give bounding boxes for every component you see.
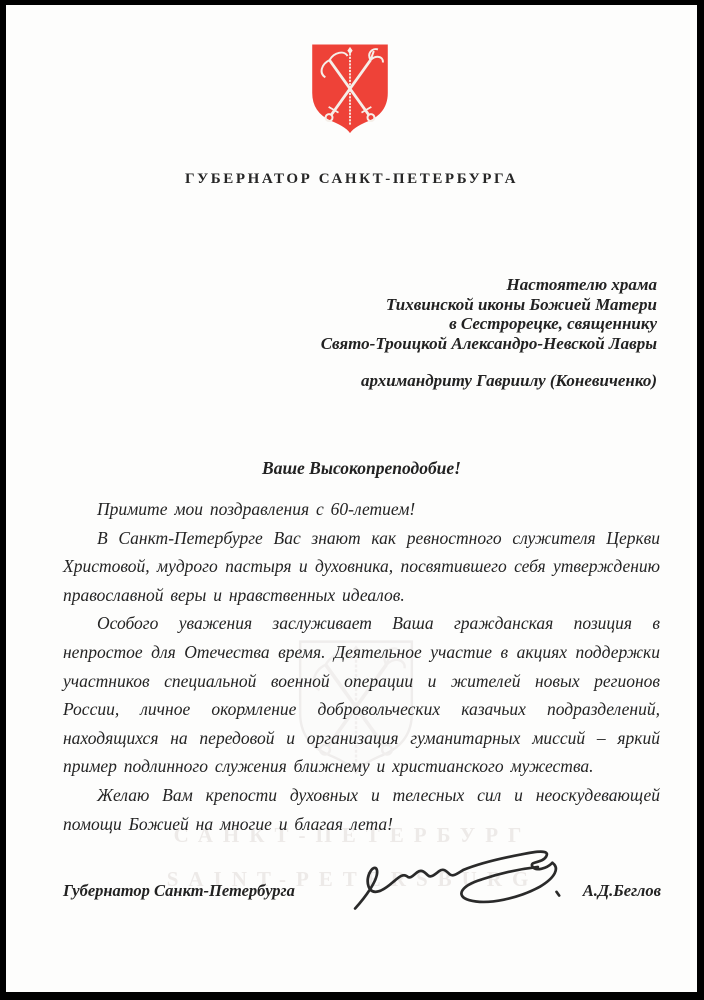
coat-of-arms-icon [308,42,392,134]
scanned-letter: САНКТ-ПЕТЕРБУРГ SAINT-PETERSBURG ГУБЕРНА… [0,0,704,1000]
recipient-line: Настоятелю храма [321,275,657,295]
letter-page: САНКТ-ПЕТЕРБУРГ SAINT-PETERSBURG ГУБЕРНА… [6,5,697,992]
governor-signature [352,843,596,921]
recipient-line: в Сестрорецке, священнику [321,314,657,334]
signature-name: А.Д.Беглов [583,881,661,901]
letter-body: Примите мои поздравления с 60-летием! В … [63,495,660,838]
paragraph-congratulation: Примите мои поздравления с 60-летием! [63,495,660,524]
letterhead-title: ГУБЕРНАТОР САНКТ-ПЕТЕРБУРГА [6,171,697,188]
paragraph-civic-position: Особого уважения заслуживает Ваша гражда… [63,609,660,781]
recipient-block: Настоятелю храма Тихвинской иконы Божией… [321,275,657,391]
paragraph-wishes: Желаю Вам крепости духовных и телесных с… [63,781,660,838]
recipient-line: Свято-Троицкой Александро-Невской Лавры [321,334,657,354]
recipient-name: архимандриту Гавриилу (Коневиченко) [321,371,657,391]
signature-position-title: Губернатор Санкт-Петербурга [63,881,295,901]
recipient-line: Тихвинской иконы Божией Матери [321,295,657,315]
paragraph-recognition: В Санкт-Петербурге Вас знают как ревност… [63,524,660,610]
salutation: Ваше Высокопреподобие! [63,458,660,479]
